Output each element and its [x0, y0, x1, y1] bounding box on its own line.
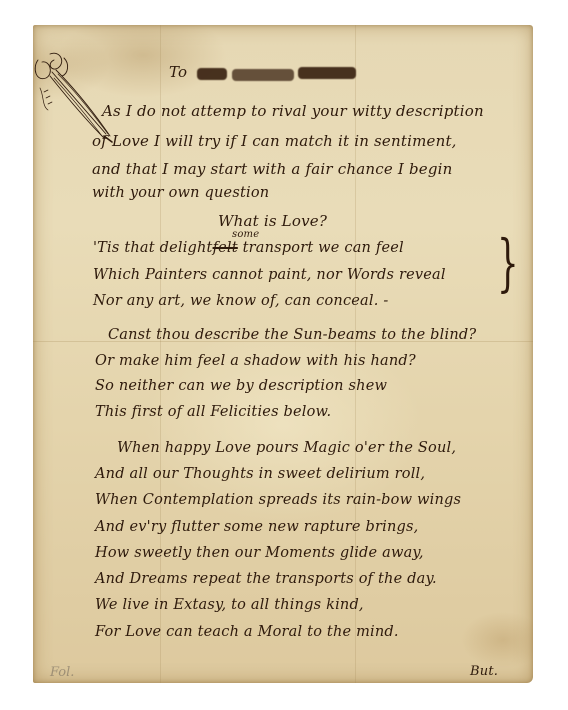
stanza3-line: For Love can teach a Moral to the mind.: [95, 624, 399, 640]
stanza1-line: Nor any art, we know of, can conceal. -: [93, 293, 388, 309]
stanza2-line: Or make him feel a shadow with his hand?: [95, 353, 416, 369]
salutation-prefix: To: [169, 63, 187, 81]
pencil-folio-note: Fol.: [50, 665, 74, 680]
intro-line: and that I may start with a fair chance …: [92, 160, 453, 178]
stanza3-line: And ev'ry flutter some new rapture bring…: [95, 519, 418, 535]
poem-heading: What is Love?: [218, 212, 327, 230]
stanza1-line: Which Painters cannot paint, nor Words r…: [93, 267, 446, 283]
redacted-name-1: [197, 68, 227, 80]
intro-line: As I do not attemp to rival your witty d…: [102, 102, 484, 120]
struck-word: felt: [213, 240, 238, 256]
stanza3-line: How sweetly then our Moments glide away,: [95, 545, 424, 561]
interlinear-insertion: some: [232, 229, 259, 240]
stanza2-line: This first of all Felicities below.: [95, 404, 331, 420]
redacted-name-2: [232, 69, 294, 81]
stanza2-line: So neither can we by description shew: [95, 378, 387, 394]
stanza3-line: And all our Thoughts in sweet delirium r…: [95, 466, 425, 482]
redacted-name-3: [298, 67, 356, 79]
stanza3-line: We live in Extasy, to all things kind,: [95, 597, 364, 613]
intro-line: of Love I will try if I can match it in …: [92, 132, 457, 150]
catchword: But.: [470, 664, 498, 679]
stanza3-line: And Dreams repeat the transports of the …: [95, 571, 437, 587]
stanza3-line: When Contemplation spreads its rain-bow …: [95, 492, 461, 508]
line-after-strike: transport we can feel: [238, 240, 404, 256]
intro-line: with your own question: [92, 185, 269, 201]
stanza2-line: Canst thou describe the Sun-beams to the…: [108, 327, 476, 343]
line-before-strike: 'Tis that delight: [93, 240, 213, 256]
stanza-bracket: }: [497, 232, 519, 294]
stanza1-line: 'Tis that delightfelt transport we can f…: [93, 240, 404, 256]
stanza3-line: When happy Love pours Magic o'er the Sou…: [117, 440, 456, 456]
